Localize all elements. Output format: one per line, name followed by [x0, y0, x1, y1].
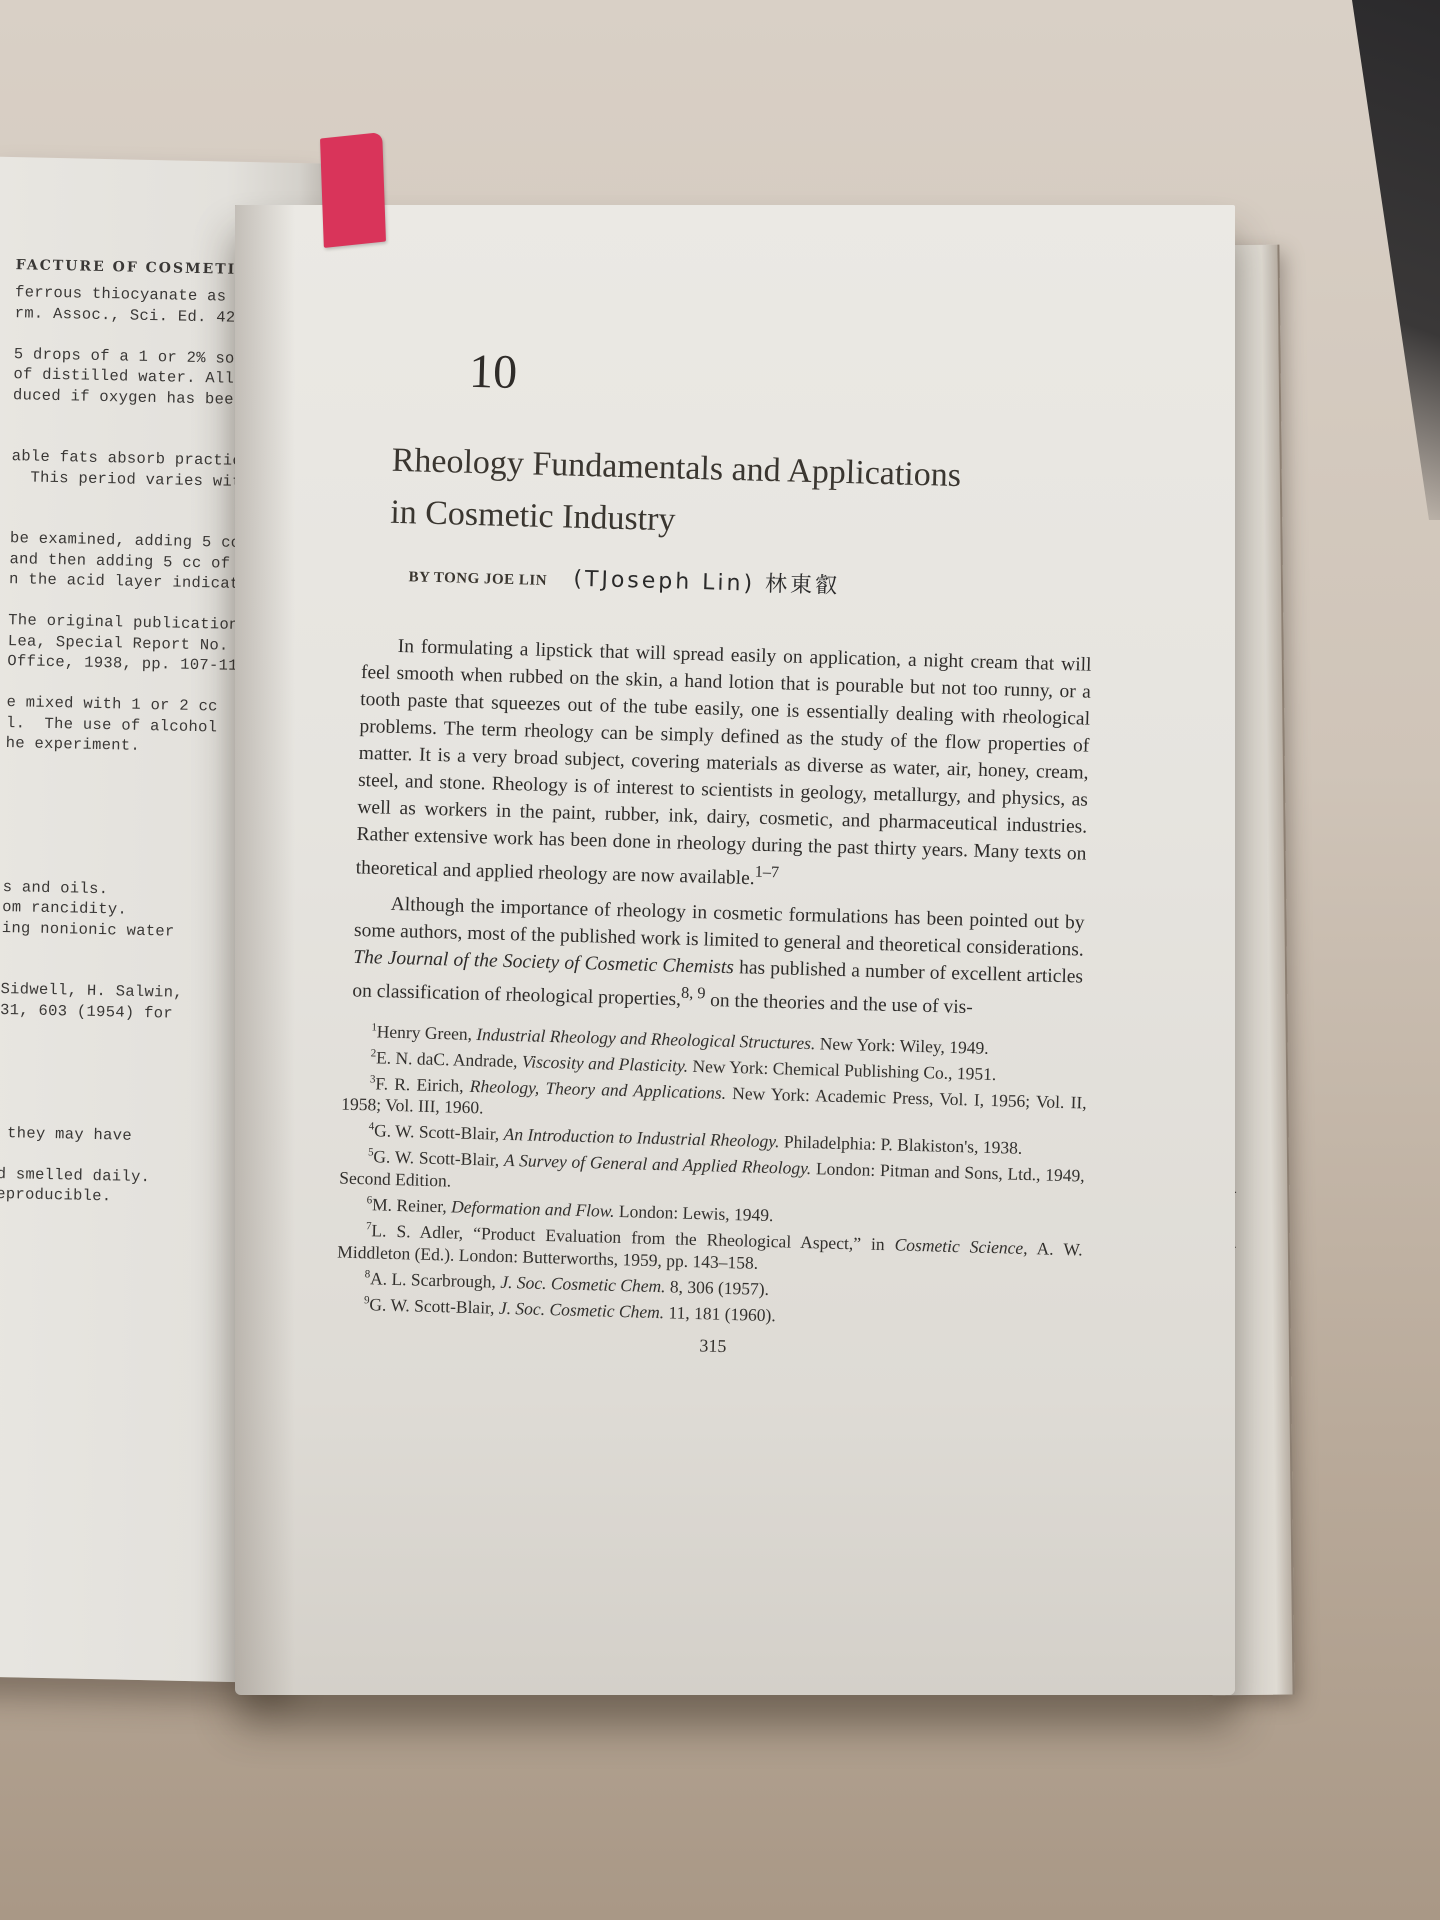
left-page-line	[1, 958, 241, 963]
bookmark-flag-icon	[320, 132, 386, 248]
reference-marker: 8, 9	[681, 983, 706, 1002]
left-page-line	[4, 836, 244, 841]
left-page-line	[3, 856, 243, 861]
author: BY TONG JOE LIN	[408, 569, 547, 589]
left-page-line	[4, 815, 244, 820]
left-page-line	[0, 1040, 239, 1045]
left-page-line: 31, 603 (1954) for	[0, 999, 240, 1024]
left-page-line	[0, 1102, 238, 1107]
left-page-line: ing nonionic water	[2, 918, 242, 943]
left-page-line	[5, 795, 245, 800]
handwritten-annotation: (TJoseph Lin) 林東叡	[573, 567, 840, 599]
left-page-line: n the acid layer indicates	[9, 569, 249, 594]
background-dark-object	[1330, 0, 1440, 520]
left-page-line	[5, 774, 245, 779]
body-text: In formulating a lipstick that will spre…	[352, 632, 1092, 1024]
reference-marker: 1–7	[755, 863, 780, 882]
footnotes: 1Henry Green, Industrial Rheology and Rh…	[336, 1016, 1089, 1334]
left-page-line: rm. Assoc., Sci. Ed. 42, 545	[14, 303, 254, 328]
left-page-line: eproducible.	[0, 1184, 236, 1209]
page-content: 10 Rheology Fundamentals and Application…	[303, 340, 1110, 1367]
left-page-line	[11, 508, 251, 513]
left-page-line: he experiment.	[5, 733, 245, 758]
left-page-text: ferrous thiocyanate as a re-rm. Assoc., …	[0, 157, 326, 164]
left-page-line: Office, 1938, pp. 107-11.)	[7, 651, 247, 676]
left-page-line	[12, 426, 252, 431]
paragraph-1: In formulating a lipstick that will spre…	[355, 632, 1091, 901]
journal-name: The Journal of the Society of Cosmetic C…	[353, 946, 734, 977]
gutter-shadow	[235, 205, 295, 1695]
left-page-running-header: FACTURE OF COSMETICS	[15, 255, 255, 280]
left-page-line: duced if oxygen has been	[13, 385, 253, 410]
left-page-line	[0, 1061, 239, 1066]
chapter-title: Rheology Fundamentals and Applications i…	[390, 435, 1093, 558]
byline: BY TONG JOE LIN (TJoseph Lin) 林東叡	[408, 557, 1104, 607]
left-page-line: This period varies with	[11, 467, 251, 492]
left-page-line	[0, 1081, 239, 1086]
left-page-line: they may have	[0, 1122, 238, 1147]
paragraph-2: Although the importance of rheology in c…	[352, 889, 1085, 1023]
